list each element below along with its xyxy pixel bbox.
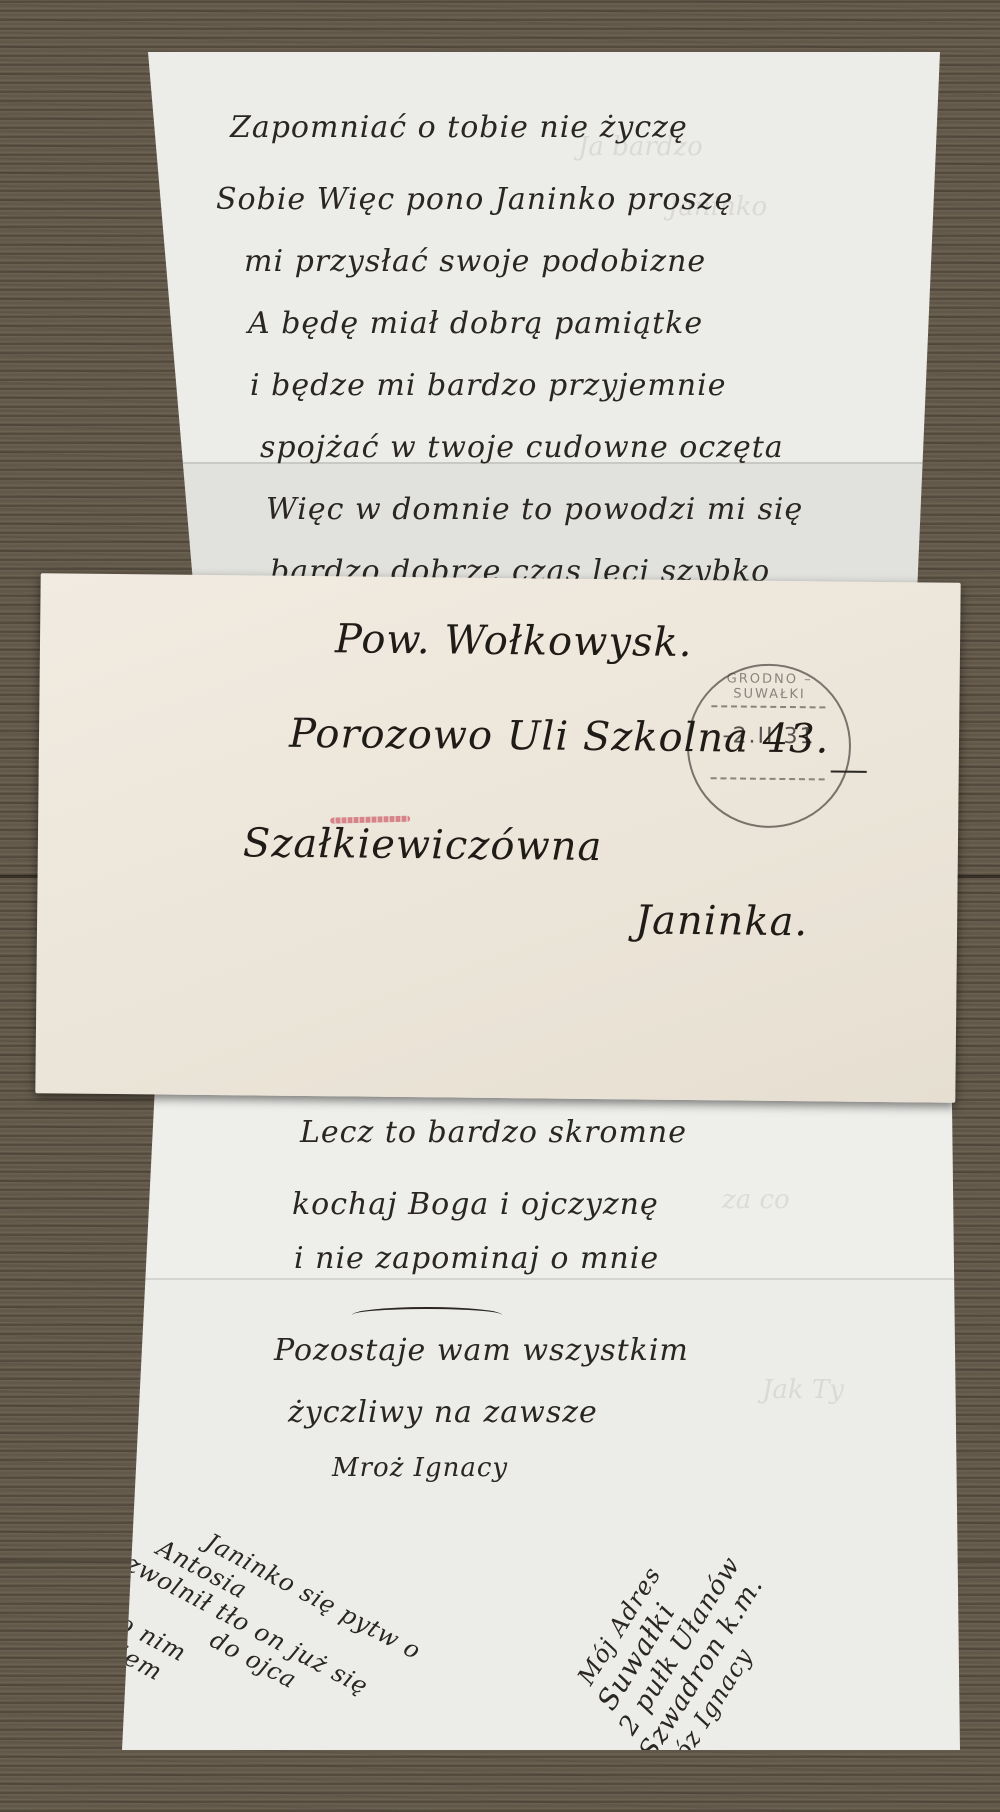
bleed-through-text: za co: [722, 1185, 790, 1215]
address-line-street: Porozowo Uli Szkolna 43.: [289, 711, 830, 763]
letter-line: A będę miał dobrą pamiątke: [248, 306, 703, 341]
postscript-left: Janinko się pytw o Antosia zwolnił tło o…: [73, 1495, 391, 1770]
address-line-surname: Szałkiewiczówna: [243, 820, 603, 870]
letter-line: i będze mi bardzo przyjemnie: [250, 368, 726, 403]
letter-line: spojżać w twoje cudowne oczęta: [260, 430, 784, 465]
letter-line: Więc w domnie to powodzi mi się: [266, 492, 803, 527]
letter-line: Sobie Więc pono Janinko proszę: [216, 182, 733, 217]
envelope: GRODNO – SUWAŁKI -2.II.31 Pow. Wołkowysk…: [35, 573, 960, 1103]
postmark-ring-text: GRODNO – SUWAŁKI: [689, 671, 849, 703]
decorative-flourish: [352, 1307, 502, 1323]
letter-line: kochaj Boga i ojczyznę: [292, 1187, 659, 1222]
letter-line: i nie zapominaj o mnie: [294, 1241, 659, 1276]
letter-line: Zapomniać o tobie nie życzę: [230, 110, 688, 145]
address-line-district: Pow. Wołkowysk.: [335, 616, 693, 666]
return-address: Mój Adres Suwałki 2 pułk Ułanów Szwadron…: [572, 1498, 809, 1754]
letter-line: życzliwy na zawsze: [288, 1395, 598, 1430]
letter-line: Lecz to bardzo skromne: [300, 1115, 687, 1150]
letter-sheet-bottom: za co Jak Ty Lecz to bardzo skromne koch…: [122, 1075, 960, 1750]
letter-line: Pozostaje wam wszystkim: [274, 1333, 689, 1368]
postmark-stroke: [831, 770, 867, 772]
signature: Mroż Ignacy: [332, 1453, 508, 1483]
bleed-through-text: Jak Ty: [762, 1375, 844, 1405]
letter-line: mi przysłać swoje podobizne: [244, 244, 706, 279]
letter-sheet-top: Ja bardzo Janinko Zapomniać o tobie nie …: [148, 52, 940, 612]
address-line-name: Janinka.: [635, 897, 808, 945]
